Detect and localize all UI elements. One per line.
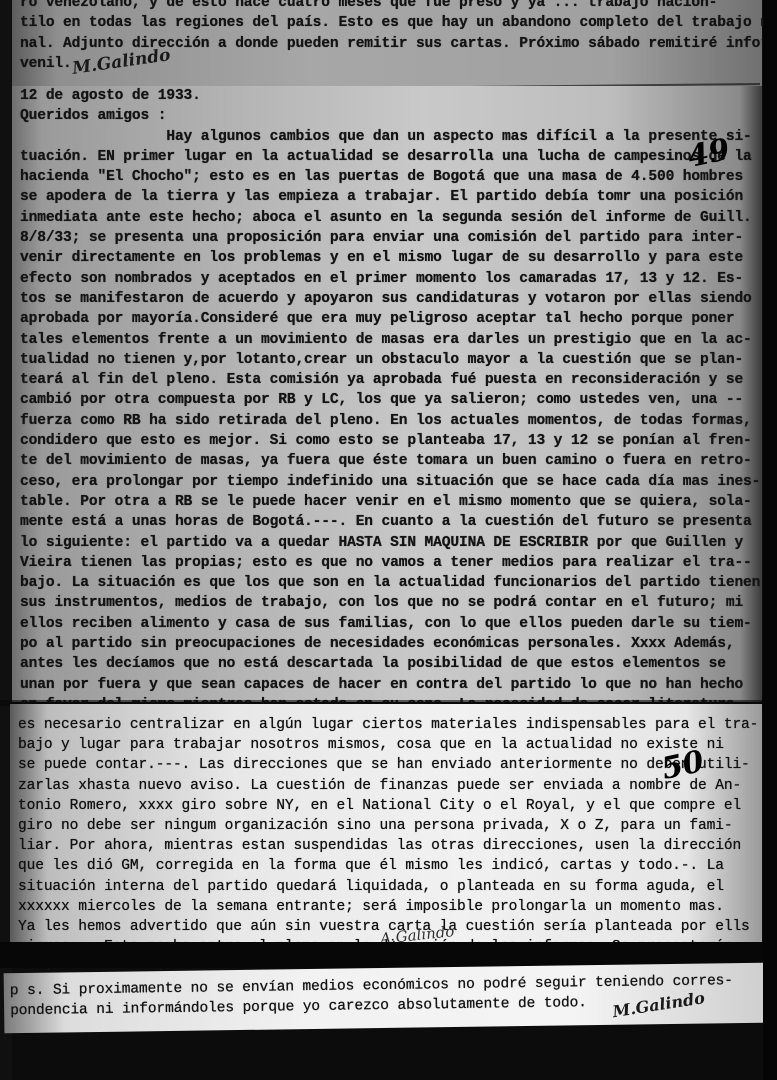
letter-continuation: es necesario centralizar en algún lugar … [10, 704, 762, 942]
letter-line: unan por fuera y que sean capaces de hac… [20, 675, 758, 695]
continuation-line: zarlas xhasta nuevo aviso. La cuestión d… [18, 776, 758, 796]
letter-line: Hay algunos cambios que dan un aspecto m… [20, 127, 758, 147]
continuation-line: es necesario centralizar en algún lugar … [18, 715, 758, 735]
continuation-line: giro no debe ser ningum organización sin… [18, 816, 758, 836]
postscript-strip: p s. Si proximamente no se envían medios… [4, 963, 765, 1034]
letter-line: fuerza como RB ha sido retirada del plen… [20, 411, 758, 431]
letter-line: inmediata ante este hecho; aboca el asun… [20, 208, 758, 228]
letter-line: teará al fin del pleno. Esta comisión ya… [20, 370, 758, 390]
letter-line: mente está a unas horas de Bogotá.---. E… [20, 512, 758, 532]
continuation-line: liar. Por ahora, mientras estan suspendi… [18, 836, 758, 856]
continuation-line: se puede contar.---. Las direcciones que… [18, 755, 758, 775]
letter-page: 12 de agosto de 1933.Queridos amigos : H… [12, 86, 762, 702]
scan-right-edge [763, 0, 777, 1080]
previous-page-fragment: ro venezolano, y de esto hace cuatro mes… [12, 0, 762, 88]
letter-line: lo siguiente: el partido va a quedar HAS… [20, 533, 758, 553]
letter-line: ellos reciben alimento y casa de sus fam… [20, 614, 758, 634]
letter-line: efecto son nombrados y aceptados en el p… [20, 269, 758, 289]
letter-line: table. Por otra a RB se le puede hacer v… [20, 492, 758, 512]
letter-line: tualidad no tienen y,por lotanto,crear u… [20, 350, 758, 370]
letter-line: ceso, era prolongar por tiempo indefinid… [20, 472, 758, 492]
continuation-line: situación interna del partido quedará li… [18, 877, 758, 897]
letter-line: cambió por otra compuesta por RB y LC, l… [20, 390, 758, 410]
letter-line: 12 de agosto de 1933. [20, 86, 758, 106]
continuation-line: bajo y lugar para trabajar nosotros mism… [18, 735, 758, 755]
continuation-line: que les dió GM, corregida en la forma qu… [18, 856, 758, 876]
continuation-line: tonio Romero, xxxx giro sobre NY, en el … [18, 796, 758, 816]
letter-line: condidero que esto es mejor. Si como est… [20, 431, 758, 451]
letter-line: sus instrumentos, medios de trabajo, con… [20, 593, 758, 613]
letter-line: tuación. EN primer lugar en la actualida… [20, 147, 758, 167]
letter-line: 8/8/33; se presenta una proposición para… [20, 228, 758, 248]
letter-line: antes les decíamos que no está descartad… [20, 654, 758, 674]
letter-line: aprobada por mayoría.Consideré que era m… [20, 309, 758, 329]
letter-line: venir directamente en los problemas y en… [20, 248, 758, 268]
letter-line: se apodera de la tierra y las empieza a … [20, 187, 758, 207]
letter-line: hacienda "El Chocho"; esto es en las pue… [20, 167, 758, 187]
letter-line: bajo. La situación es que los que son en… [20, 573, 758, 593]
previous-page-line: tilo en todas las regiones del país. Est… [20, 13, 758, 33]
letter-line: tales elementos frente a un movimiento d… [20, 330, 758, 350]
letter-line: Queridos amigos : [20, 106, 758, 126]
previous-page-line: ro venezolano, y de esto hace cuatro mes… [20, 0, 758, 13]
letter-line: tos se manifestaron de acuerdo y apoyaro… [20, 289, 758, 309]
letter-line: te del movimiento de masas, ya fuera que… [20, 451, 758, 471]
letter-line: Vieira tienen las propias; esto es que n… [20, 553, 758, 573]
continuation-line: xxxxxx miercoles de la semana entrante; … [18, 897, 758, 917]
letter-line: po al partido sin preocupaciones de nece… [20, 634, 758, 654]
